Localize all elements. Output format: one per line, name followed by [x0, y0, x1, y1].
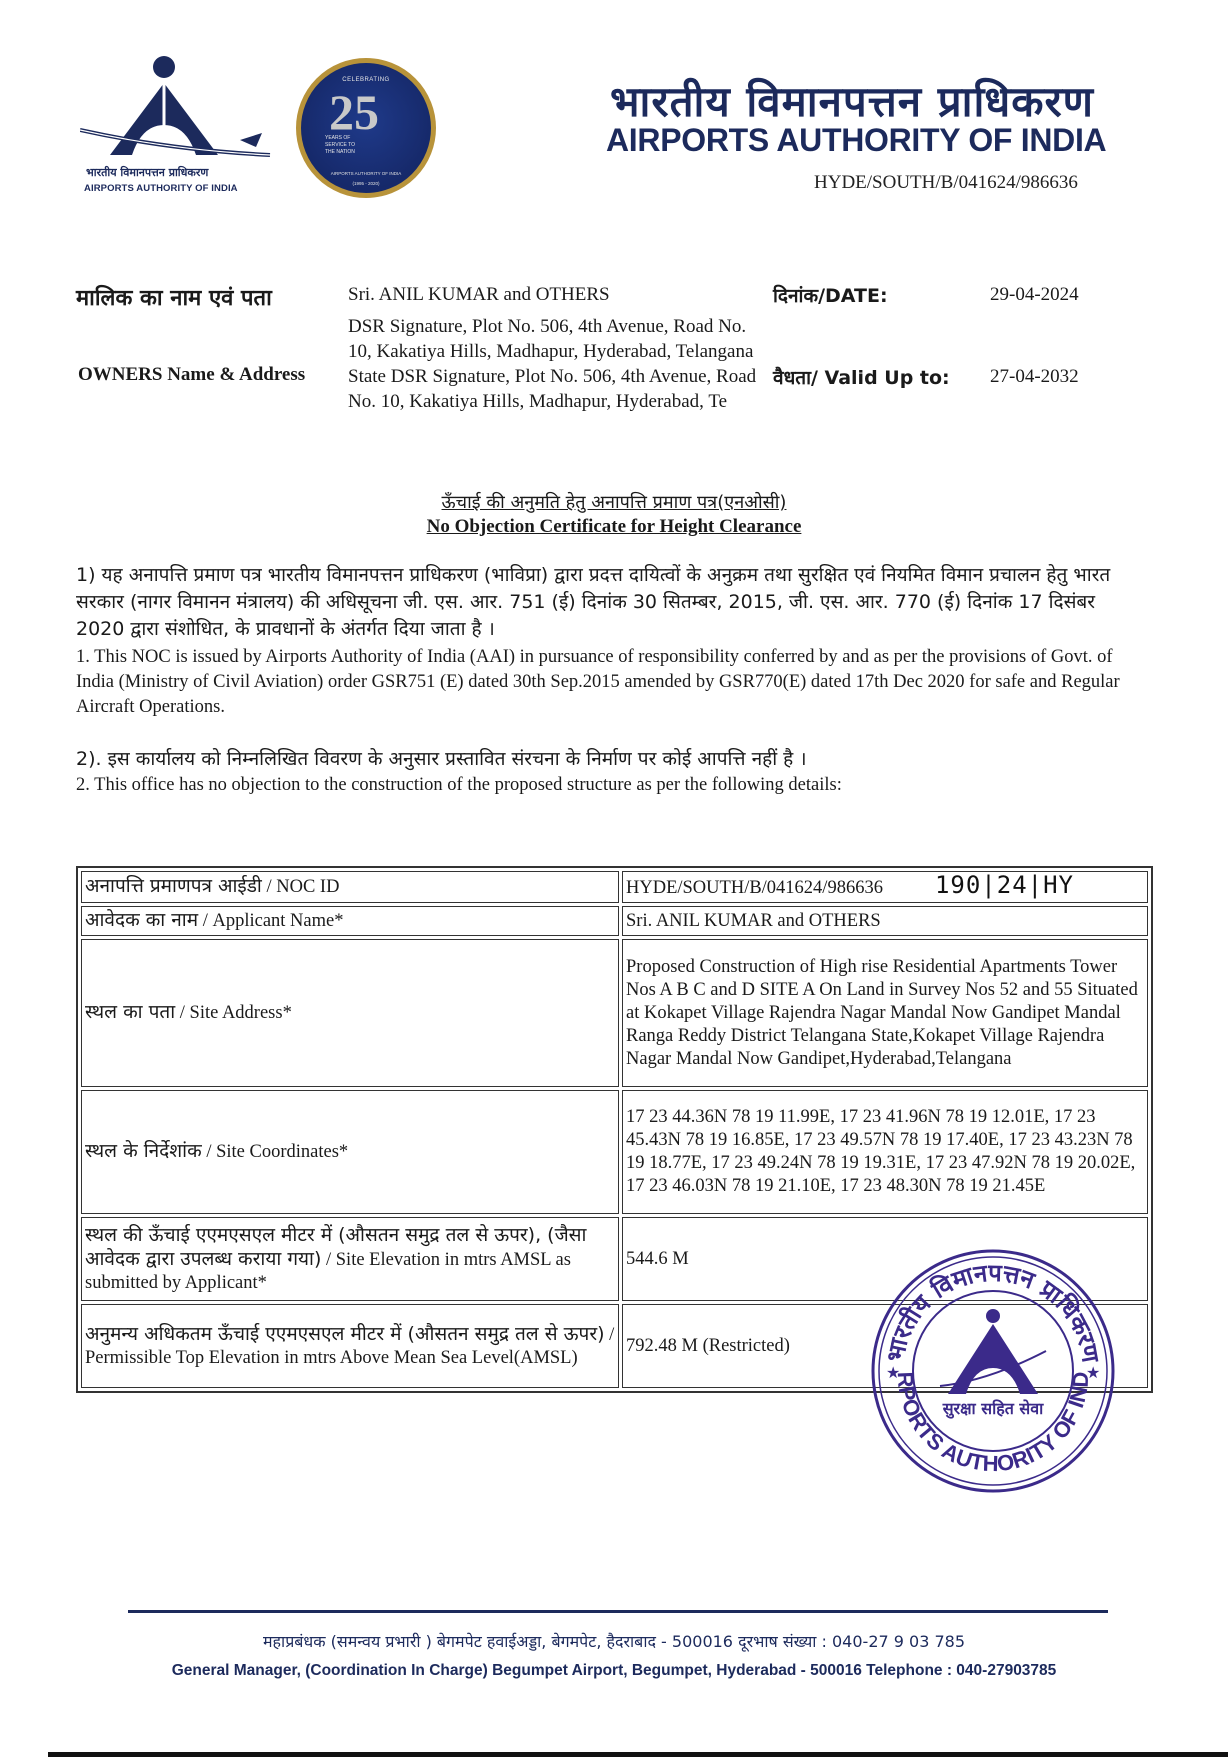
paragraph-1-hindi: 1) यह अनापत्ति प्रमाण पत्र भारतीय विमानप…	[76, 562, 1146, 643]
footer-address-english: General Manager, (Coordination In Charge…	[0, 1662, 1228, 1680]
reference-number: HYDE/SOUTH/B/041624/986636	[814, 172, 1078, 194]
certificate-title-english: No Objection Certificate for Height Clea…	[0, 516, 1228, 538]
paragraph-2-english: 2. This office has no objection to the c…	[76, 773, 1146, 798]
row-label: आवेदक का नाम / Applicant Name*	[81, 906, 619, 936]
owner-address: DSR Signature, Plot No. 506, 4th Avenue,…	[348, 314, 768, 414]
logo-caption-hindi: भारतीय विमानपत्तन प्राधिकरण	[86, 165, 208, 180]
aai-logo: भारतीय विमानपत्तन प्राधिकरण AIRPORTS AUT…	[80, 55, 280, 205]
owner-name: Sri. ANIL KUMAR and OTHERS	[348, 282, 610, 307]
row-label: स्थल की ऊँचाई एएमएसएल मीटर में (औसतन समु…	[81, 1217, 619, 1301]
owner-label-hindi: मालिक का नाम एवं पता	[76, 282, 272, 312]
paragraph-2-hindi: 2). इस कार्यालय को निम्नलिखित विवरण के अ…	[76, 746, 1146, 773]
aai-seal-icon: भारतीय विमानपत्तन प्राधिकरण AIRPORTS AUT…	[868, 1246, 1118, 1496]
row-value: Proposed Construction of High rise Resid…	[622, 939, 1148, 1087]
row-label: अनुमन्य अधिकतम ऊँचाई एएमएसएल मीटर में (औ…	[81, 1304, 619, 1388]
org-name-english: AIRPORTS AUTHORITY OF INDIA	[606, 122, 1106, 159]
table-row-applicant: आवेदक का नाम / Applicant Name* Sri. ANIL…	[81, 906, 1148, 936]
paragraph-1-english: 1. This NOC is issued by Airports Author…	[76, 645, 1146, 720]
owner-label-english: OWNERS Name & Address	[78, 364, 305, 386]
page-bottom-border	[48, 1752, 1228, 1757]
badge-side-text: YEARS OF SERVICE TO THE NATION	[325, 135, 365, 156]
badge-number: 25	[329, 83, 379, 141]
valid-up-to-value: 27-04-2032	[990, 364, 1079, 389]
row-label: स्थल के निर्देशांक / Site Coordinates*	[81, 1090, 619, 1214]
row-label: अनापत्ति प्रमाणपत्र आईडी / NOC ID	[81, 871, 619, 903]
date-label: दिनांक/DATE:	[773, 282, 888, 308]
row-label: स्थल का पता / Site Address*	[81, 939, 619, 1087]
noc-id-value: HYDE/SOUTH/B/041624/986636	[626, 878, 883, 898]
row-value: Sri. ANIL KUMAR and OTHERS	[622, 906, 1148, 936]
svg-text:सुरक्षा सहित सेवा: सुरक्षा सहित सेवा	[942, 1399, 1044, 1419]
footer-address-hindi: महाप्रबंधक (समन्वय प्रभारी ) बेगमपेट हवा…	[0, 1630, 1228, 1652]
svg-text:★: ★	[1086, 1365, 1100, 1382]
official-stamp: भारतीय विमानपत्तन प्राधिकरण AIRPORTS AUT…	[868, 1246, 1118, 1496]
logo-caption-english: AIRPORTS AUTHORITY OF INDIA	[84, 183, 238, 194]
handwritten-annotation: 190|24|HY	[935, 871, 1074, 899]
org-name-hindi: भारतीय विमानपत्तन प्राधिकरण	[610, 72, 1094, 129]
table-row-site-address: स्थल का पता / Site Address* Proposed Con…	[81, 939, 1148, 1087]
table-row-noc-id: अनापत्ति प्रमाणपत्र आईडी / NOC ID HYDE/S…	[81, 871, 1148, 903]
valid-up-to-label: वैधता/ Valid Up to:	[773, 364, 950, 390]
svg-text:★: ★	[886, 1365, 900, 1382]
certificate-title-hindi: ऊँचाई की अनुमति हेतु अनापत्ति प्रमाण पत्…	[0, 490, 1228, 514]
row-value: 17 23 44.36N 78 19 11.99E, 17 23 41.96N …	[622, 1090, 1148, 1214]
badge-dates: (1995 - 2020)	[301, 181, 431, 186]
footer-divider	[128, 1610, 1108, 1613]
date-value: 29-04-2024	[990, 282, 1079, 307]
table-row-site-coordinates: स्थल के निर्देशांक / Site Coordinates* 1…	[81, 1090, 1148, 1214]
aai-emblem-icon	[80, 55, 280, 165]
badge-org-text: AIRPORTS AUTHORITY OF INDIA	[301, 171, 431, 176]
row-value: HYDE/SOUTH/B/041624/986636190|24|HY	[622, 871, 1148, 903]
25-years-badge: CELEBRATING 25 YEARS OF SERVICE TO THE N…	[296, 58, 436, 198]
